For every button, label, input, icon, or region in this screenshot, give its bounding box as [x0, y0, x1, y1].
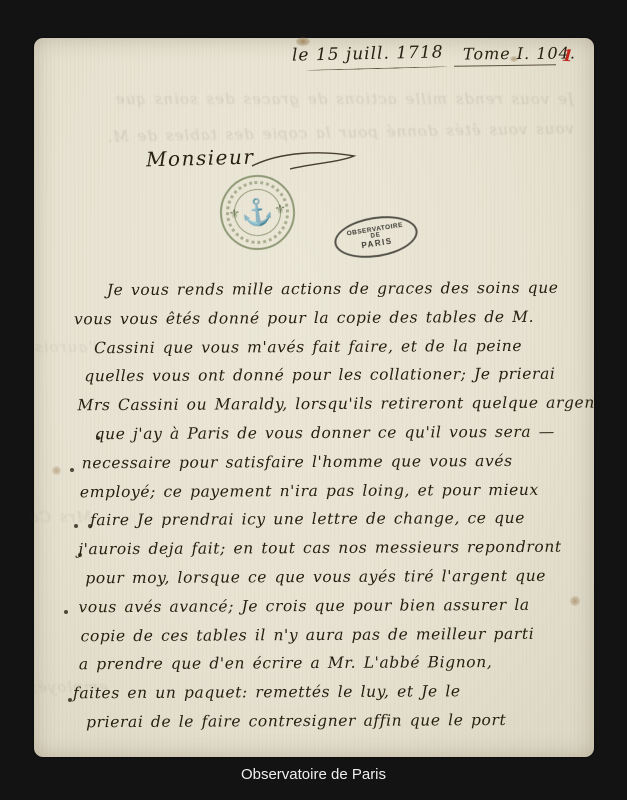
body-line: vous vous êtés donné pour la copie des t… [33, 307, 593, 339]
fleur-de-lis-icon: ⚜ [274, 203, 287, 217]
body-line: copie de ces tables il n'y aura pas de m… [35, 624, 595, 656]
salutation-flourish [250, 150, 360, 172]
letter-page: Je vous rends mille actions de graces de… [34, 38, 594, 757]
showthrough-line: Je vous rends mille actions de graces de… [58, 90, 574, 108]
fleur-de-lis-icon: ⚜ [228, 208, 241, 222]
salutation: Monsieur [146, 145, 255, 172]
header-inscriptions: le 15 juill. 1718 Tome I. 104. [292, 44, 592, 64]
volume-inscription: Tome I. 104. [463, 44, 576, 64]
body-line: faire Je prendrai icy une lettre de chan… [34, 509, 594, 541]
body-line: pour moy, lorsque ce que vous ayés tiré … [34, 567, 594, 599]
stamp-line: PARIS [361, 237, 393, 251]
body-line: que j'ay à Paris de vous donner ce qu'il… [34, 423, 594, 455]
body-line: Cassini que vous m'avés fait faire, et d… [33, 336, 593, 368]
body-line: necessaire pour satisfaire l'homme que v… [34, 451, 594, 483]
photo-caption: Observatoire de Paris [0, 766, 627, 783]
body-line: prierai de le faire contresigner affin q… [35, 710, 595, 742]
body-line: j'aurois deja fait; en tout cas nos mess… [34, 538, 594, 570]
anchor-icon: ⚓ [240, 198, 275, 227]
body-line: employé; ce payement n'ira pas loing, et… [34, 480, 594, 512]
volume-underline [454, 64, 556, 66]
marine-anchor-stamp: ⚜ ⚓ ⚜ [216, 171, 298, 253]
body-line: quelles vous ont donné pour les collatio… [33, 365, 593, 397]
body-line: vous avés avancé; Je crois que pour bien… [34, 595, 594, 627]
showthrough-line: vous vous êtés donné pour la copie des t… [58, 119, 574, 146]
folio-number: 1 [561, 46, 573, 66]
letter-body: Je vous rends mille actions de graces de… [33, 279, 595, 743]
body-line: Mrs Cassini ou Maraldy, lorsqu'ils retir… [33, 394, 593, 426]
body-line: Je vous rends mille actions de graces de… [33, 279, 593, 311]
date-inscription: le 15 juill. 1718 [292, 42, 444, 65]
observatoire-oval-stamp: OBSERVATOIRE DE PARIS [331, 211, 420, 264]
date-underline [306, 66, 448, 71]
body-line: a prendre que d'en écrire a Mr. L'abbé B… [35, 653, 595, 685]
body-line: faites en un paquet: remettés le luy, et… [35, 682, 595, 714]
